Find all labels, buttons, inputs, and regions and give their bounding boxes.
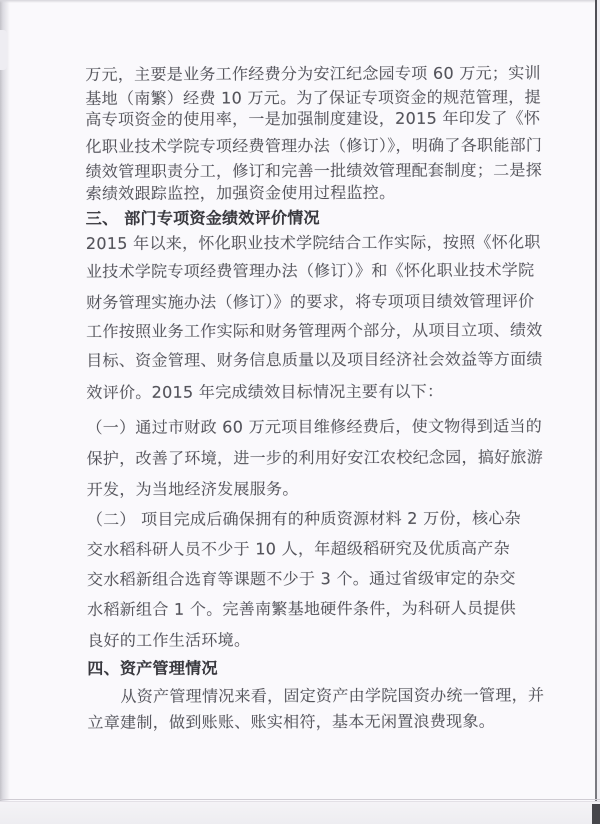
scan-edge-left-notch (0, 30, 7, 70)
scan-bottom-right-mark (592, 804, 600, 824)
text-line: 索绩效跟踪监控，加强资金使用过程监控。 (86, 180, 396, 204)
scan-edge-right-line (595, 0, 597, 824)
text-line: 财务管理实施办法（修订）》的要求，将专项项目绩效管理评价 (86, 288, 534, 313)
text-line: 绩效管理职责分工，修订和完善一批绩效管理配套制度；二是探 (86, 157, 542, 182)
text-line: 良好的工作生活环境。 (87, 627, 250, 651)
section-heading-3: 三、 部门专项资金绩效评价情况 (86, 205, 320, 229)
text-line: 交水稻科研人员不少于 10 人，年超级稻研究及优质高产杂 (87, 536, 510, 560)
text-line: 从资产管理情况来看，固定资产由学院国资办统一管理，并 (120, 682, 544, 706)
scan-bottom-strip (0, 802, 600, 824)
text-line: 化职业技术学院专项经费管理办法（修订）》，明确了各职能部门 (85, 132, 542, 157)
text-line: 水稻新组合 1 个。完善南繁基地硬件条件，为科研人员提供 (87, 595, 516, 619)
text-line: 工作按照业务工作实际和财务管理两个部分，从项目立项、绩效 (86, 317, 542, 342)
text-line: 立章建制，做到账账、账实相符，基本无闲置浪费现象。 (87, 709, 495, 733)
text-line: 效评价。2015 年完成绩效目标情况主要有以下： (86, 379, 443, 403)
document-text-block: 万元，主要是业务工作经费分为安江纪念园专项 60 万元；实训 基地（南繁）经费 … (85, 0, 540, 800)
text-line: （一）通过市财政 60 万元项目维修经费后，使文物得到适当的 (86, 413, 542, 438)
scan-edge-left (0, 0, 10, 824)
section-heading-4: 四、资产管理情况 (87, 656, 217, 679)
text-line: （二） 项目完成后确保拥有的种质资源材料 2 万份，核心杂 (87, 505, 521, 530)
text-line: 高专项资金的使用率，一是加强制度建设，2015 年印发了《怀 (85, 105, 540, 130)
text-line: 目标、资金管理、财务信息质量以及项目经济社会效益等方面绩 (86, 346, 542, 371)
text-line: 保护，改善了环境，进一步的利用好安江农校纪念园，搞好旅游 (87, 444, 543, 469)
text-line: 交水稻新组合选育等课题不少于 3 个。通过省级审定的杂交 (87, 565, 516, 589)
text-line: 开发，为当地经济发展服务。 (87, 476, 299, 500)
text-line: 2015 年以来，怀化职业技术学院结合工作实际，按照《怀化职 (86, 229, 541, 254)
text-line: 万元，主要是业务工作经费分为安江纪念园专项 60 万元；实训 (85, 60, 541, 85)
text-line: 业技术学院专项经费管理办法（修订）》和《怀化职业技术学院 (86, 257, 534, 282)
scanned-document-page: 万元，主要是业务工作经费分为安江纪念园专项 60 万元；实训 基地（南繁）经费 … (0, 0, 600, 824)
